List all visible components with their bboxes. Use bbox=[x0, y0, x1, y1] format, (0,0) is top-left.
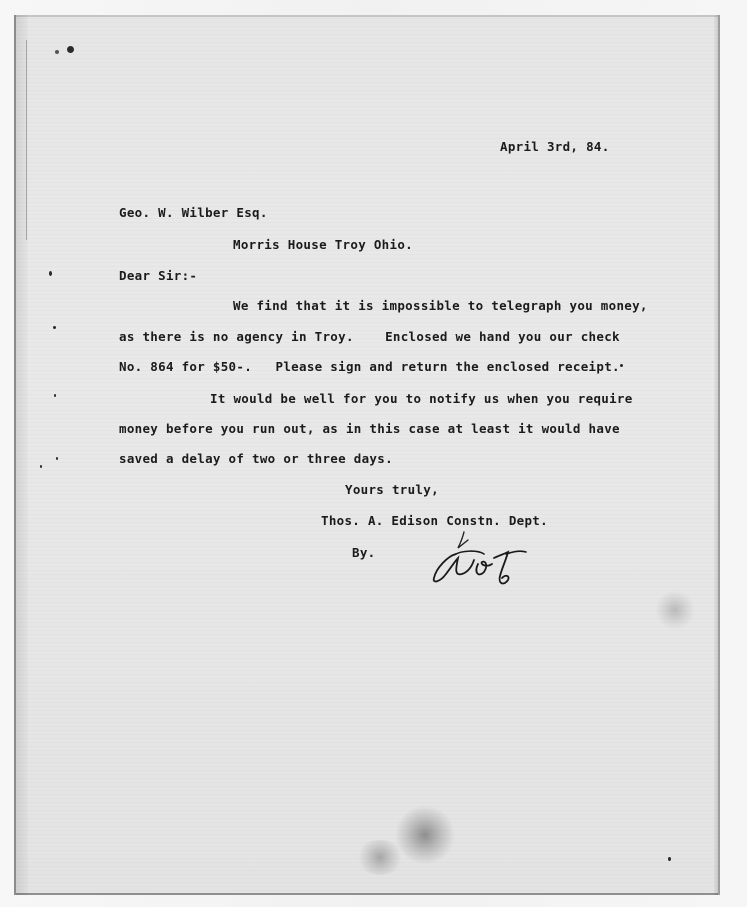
punch-mark bbox=[55, 50, 59, 54]
margin-speck bbox=[54, 394, 56, 397]
page-crease bbox=[26, 40, 27, 240]
salutation: Dear Sir:- bbox=[119, 270, 197, 283]
margin-speck bbox=[53, 326, 56, 329]
closing: Yours truly, bbox=[345, 484, 439, 497]
ink-smudge bbox=[355, 840, 405, 875]
signature-icon bbox=[428, 528, 538, 590]
body-line-1: We find that it is impossible to telegra… bbox=[233, 300, 648, 313]
margin-speck bbox=[49, 271, 52, 276]
body-line-4: It would be well for you to notify us wh… bbox=[210, 393, 633, 406]
margin-speck bbox=[56, 457, 58, 460]
body-line-3: No. 864 for $50-. Please sign and return… bbox=[119, 361, 620, 374]
margin-speck bbox=[668, 857, 671, 861]
recipient-address: Morris House Troy Ohio. bbox=[233, 239, 413, 252]
body-line-2: as there is no agency in Troy. Enclosed … bbox=[119, 331, 620, 344]
ink-smudge bbox=[655, 590, 695, 630]
sender-name: Thos. A. Edison Constn. Dept. bbox=[321, 515, 548, 528]
margin-speck bbox=[40, 465, 42, 468]
body-line-6: saved a delay of two or three days. bbox=[119, 453, 393, 466]
punch-mark bbox=[67, 46, 74, 53]
recipient-name: Geo. W. Wilber Esq. bbox=[119, 207, 268, 220]
margin-speck bbox=[620, 364, 623, 367]
letter-date: April 3rd, 84. bbox=[500, 141, 610, 154]
body-line-5: money before you run out, as in this cas… bbox=[119, 423, 620, 436]
handwritten-signature bbox=[428, 528, 538, 590]
page-right-edge-shadow bbox=[714, 15, 720, 895]
by-label: By. bbox=[352, 547, 375, 560]
